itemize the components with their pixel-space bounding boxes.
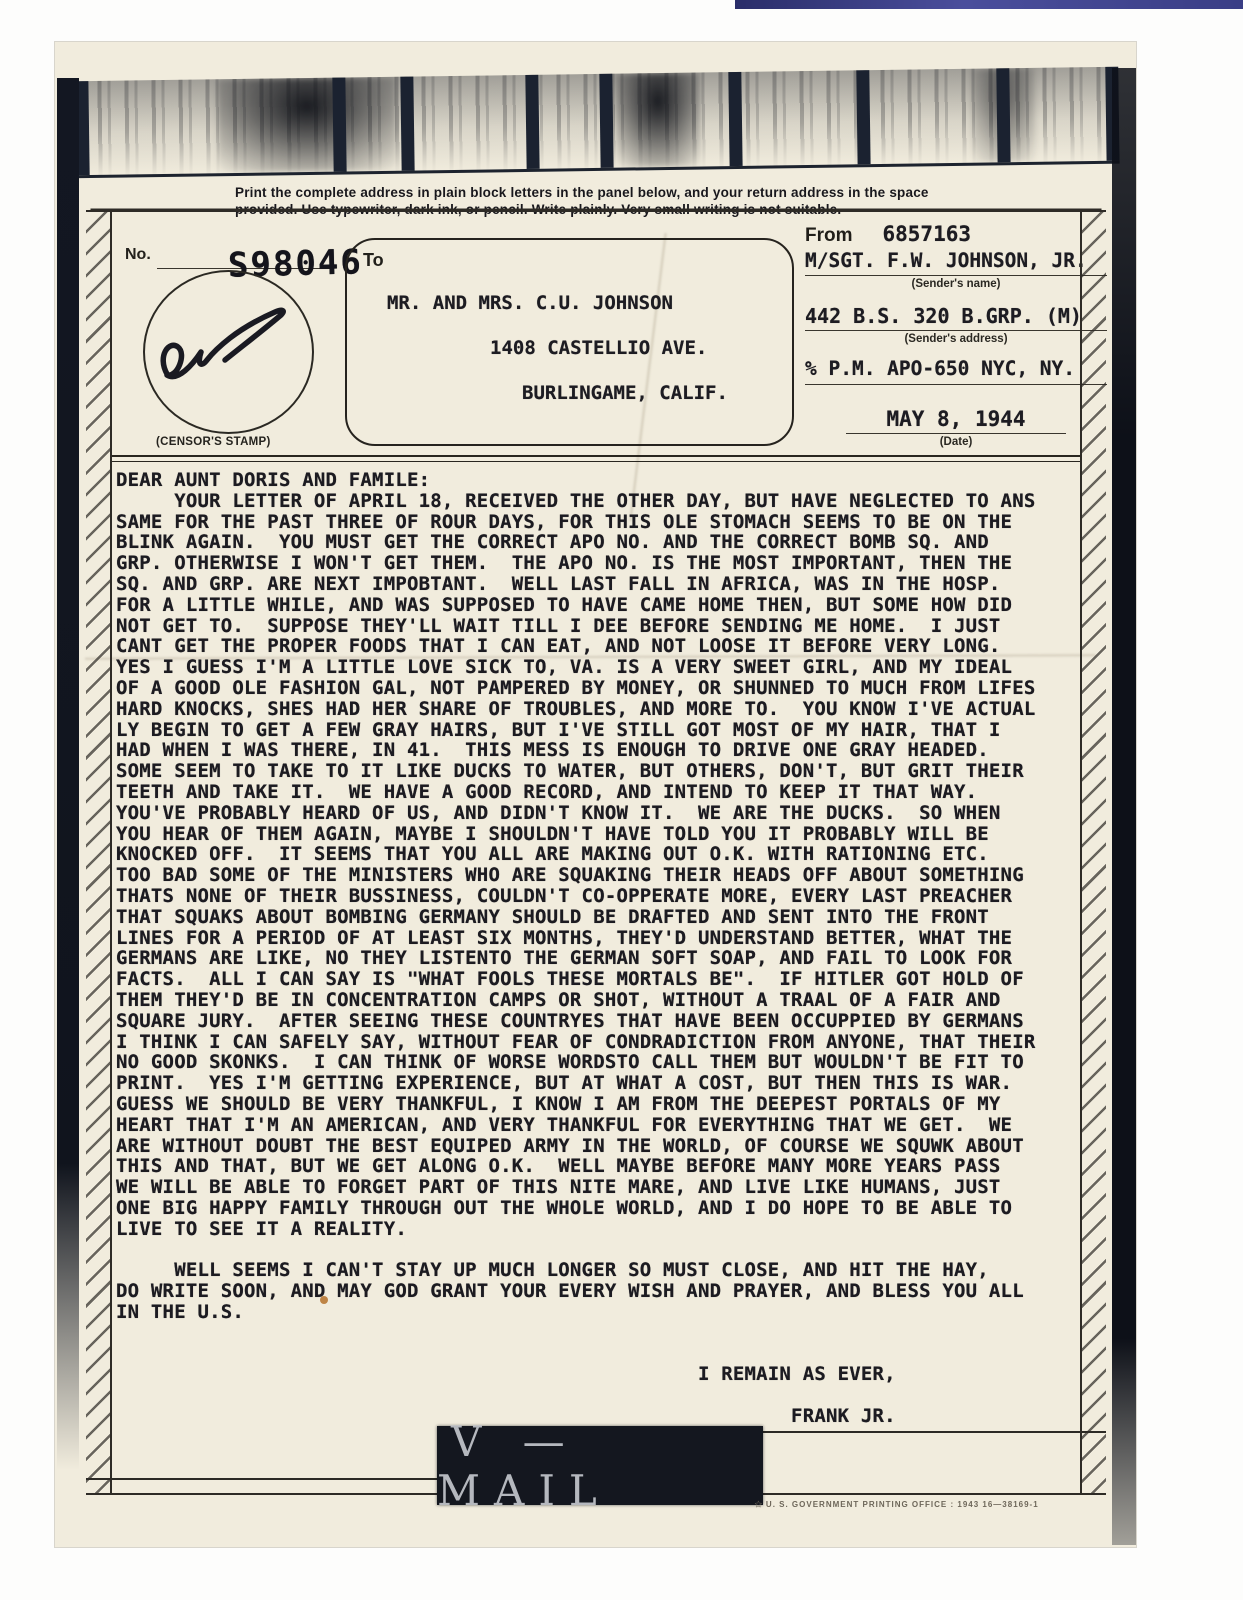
film-smudge: [615, 73, 700, 168]
date-caption: (Date): [805, 436, 1107, 448]
sender-apo: % P.M. APO-650 NYC, NY.: [805, 357, 1107, 385]
film-strip-artifact-band: [70, 67, 1119, 179]
film-sprocket-mark: [332, 75, 346, 173]
bottom-rule-left: [86, 1478, 437, 1480]
film-smudge: [217, 77, 396, 173]
sender-block: From 6857163 M/SGT. F.W. JOHNSON, JR. (S…: [805, 222, 1107, 448]
recipient-street: 1408 CASTELLIO AVE.: [490, 337, 707, 359]
film-sprocket-mark: [997, 67, 1011, 164]
vmail-letter-scan: Print the complete address in plain bloc…: [0, 0, 1243, 1600]
vmail-banner-label: V — MAIL: [437, 1417, 763, 1515]
left-hatched-margin: [86, 212, 112, 1493]
censor-signature: [137, 290, 317, 410]
sender-service-number: 6857163: [883, 222, 972, 246]
vmail-form: No. S98046 (CENSOR'S STAMP) To MR. AND M…: [86, 210, 1106, 1495]
recipient-name: MR. AND MRS. C.U. JOHNSON: [387, 292, 673, 314]
letter-body: DEAR AUNT DORIS AND FAMILE: YOUR LETTER …: [112, 462, 1080, 1427]
photo-right-edge: [1112, 68, 1136, 1545]
address-header: No. S98046 (CENSOR'S STAMP) To MR. AND M…: [112, 212, 1080, 455]
recipient-address-panel: To MR. AND MRS. C.U. JOHNSON 1408 CASTEL…: [345, 238, 794, 446]
no-label: No.: [125, 246, 151, 264]
film-sprocket-mark: [856, 68, 870, 166]
instructions-line1: Print the complete address in plain bloc…: [235, 184, 995, 201]
bottom-rule-right: [763, 1431, 1106, 1433]
vmail-banner: V — MAIL: [437, 1426, 763, 1505]
ink-stain: [320, 1296, 328, 1304]
film-sprocket-mark: [400, 75, 414, 173]
sender-unit: 442 B.S. 320 B.GRP. (M): [805, 304, 1107, 331]
photograph: Print the complete address in plain bloc…: [55, 42, 1136, 1547]
censor-stamp-circle: [143, 270, 314, 434]
right-hatched-margin: [1080, 212, 1106, 1493]
photo-left-edge: [57, 78, 79, 1470]
to-label: To: [363, 250, 384, 271]
sender-name: M/SGT. F.W. JOHNSON, JR.: [805, 249, 1107, 276]
letter-date: MAY 8, 1944: [846, 407, 1065, 434]
censor-stamp-label: (CENSOR'S STAMP): [156, 436, 271, 448]
sender-name-caption: (Sender's name): [805, 278, 1107, 290]
film-sprocket-mark: [600, 72, 614, 170]
date-block: MAY 8, 1944 (Date): [805, 407, 1107, 448]
header-body-divider: [112, 455, 1080, 462]
from-label: From: [805, 225, 853, 247]
scan-top-edge-artifact: [735, 0, 1243, 9]
letter-text: DEAR AUNT DORIS AND FAMILE: YOUR LETTER …: [116, 470, 1080, 1427]
film-sprocket-mark: [728, 70, 742, 168]
sender-address-caption: (Sender's address): [805, 333, 1107, 345]
printing-office-fine-print: ✩ U. S. GOVERNMENT PRINTING OFFICE : 194…: [755, 1500, 1039, 1509]
recipient-city: BURLINGAME, CALIF.: [522, 382, 728, 404]
film-sprocket-mark: [525, 73, 539, 171]
